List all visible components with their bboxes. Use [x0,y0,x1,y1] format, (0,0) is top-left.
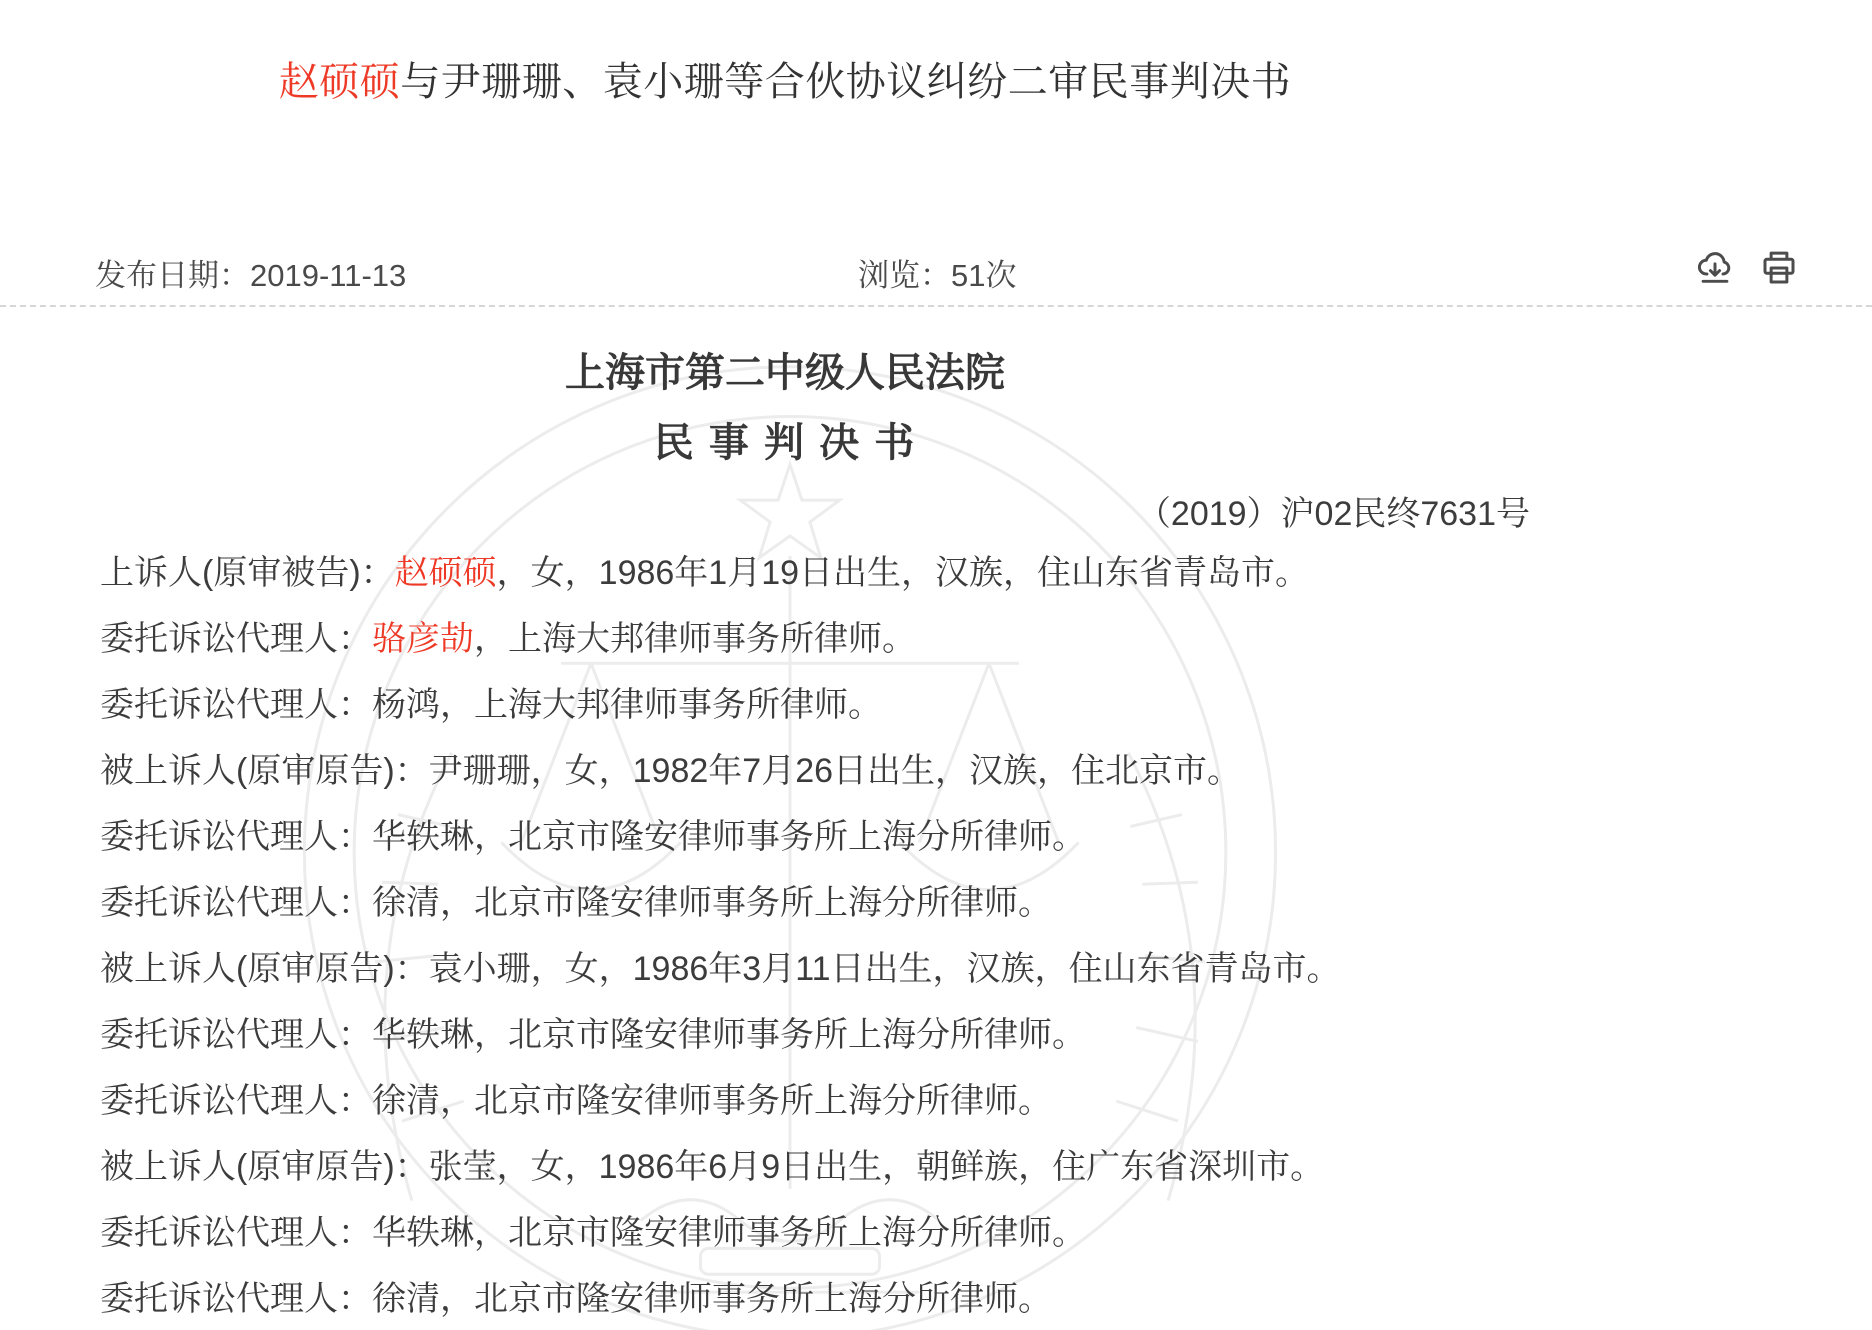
party-line: 委托诉讼代理人：华轶琳，北京市隆安律师事务所上海分所律师。 [100,1200,1530,1266]
judgment-document: 上海市第二中级人民法院 民 事 判 决 书 （2019）沪02民终7631号 上… [40,352,1530,1330]
court-name: 上海市第二中级人民法院 [40,352,1530,394]
party-line: 委托诉讼代理人：杨鸿，上海大邦律师事务所律师。 [100,672,1530,738]
document-type: 民 事 判 决 书 [40,422,1530,464]
party-line: 委托诉讼代理人：徐清，北京市隆安律师事务所上海分所律师。 [100,1266,1530,1330]
dashed-divider [0,305,1872,307]
highlighted-name: 赵硕硕 [395,554,497,592]
case-number: （2019）沪02民终7631号 [40,496,1530,532]
party-line: 委托诉讼代理人：华轶琳，北京市隆安律师事务所上海分所律师。 [100,804,1530,870]
view-count-value: 51次 [951,258,1016,293]
view-count-label: 浏览： [858,258,951,293]
download-icon[interactable] [1694,246,1736,290]
meta-row: 发布日期：2019-11-13 浏览：51次 [0,250,1872,292]
page-title: 赵硕硕与尹珊珊、袁小珊等合伙协议纠纷二审民事判决书 [40,58,1530,106]
party-line: 上诉人(原审被告)：赵硕硕，女，1986年1月19日出生，汉族，住山东省青岛市。 [100,540,1530,606]
party-line: 委托诉讼代理人：徐清，北京市隆安律师事务所上海分所律师。 [100,870,1530,936]
party-line: 委托诉讼代理人：华轶琳，北京市隆安律师事务所上海分所律师。 [100,1002,1530,1068]
title-highlighted-name: 赵硕硕 [279,60,401,104]
page-content: 赵硕硕与尹珊珊、袁小珊等合伙协议纠纷二审民事判决书 发布日期：2019-11-1… [0,58,1872,1330]
party-list: 上诉人(原审被告)：赵硕硕，女，1986年1月19日出生，汉族，住山东省青岛市。… [40,540,1530,1330]
title-rest: 与尹珊珊、袁小珊等合伙协议纠纷二审民事判决书 [400,60,1291,104]
publish-date: 发布日期：2019-11-13 [95,250,406,295]
publish-date-label: 发布日期： [95,258,250,293]
party-line: 被上诉人(原审原告)：袁小珊，女，1986年3月11日出生，汉族，住山东省青岛市… [100,936,1530,1002]
party-line: 被上诉人(原审原告)：张莹，女，1986年6月9日出生，朝鲜族，住广东省深圳市。 [100,1134,1530,1200]
party-line: 委托诉讼代理人：徐清，北京市隆安律师事务所上海分所律师。 [100,1068,1530,1134]
print-icon[interactable] [1758,246,1800,290]
view-count: 浏览：51次 [858,250,1016,295]
meta-actions [1694,246,1800,290]
publish-date-value: 2019-11-13 [250,258,406,293]
highlighted-name: 骆彦劼 [372,620,474,658]
party-line: 委托诉讼代理人：骆彦劼，上海大邦律师事务所律师。 [100,606,1530,672]
party-line: 被上诉人(原审原告)：尹珊珊，女，1982年7月26日出生，汉族，住北京市。 [100,738,1530,804]
